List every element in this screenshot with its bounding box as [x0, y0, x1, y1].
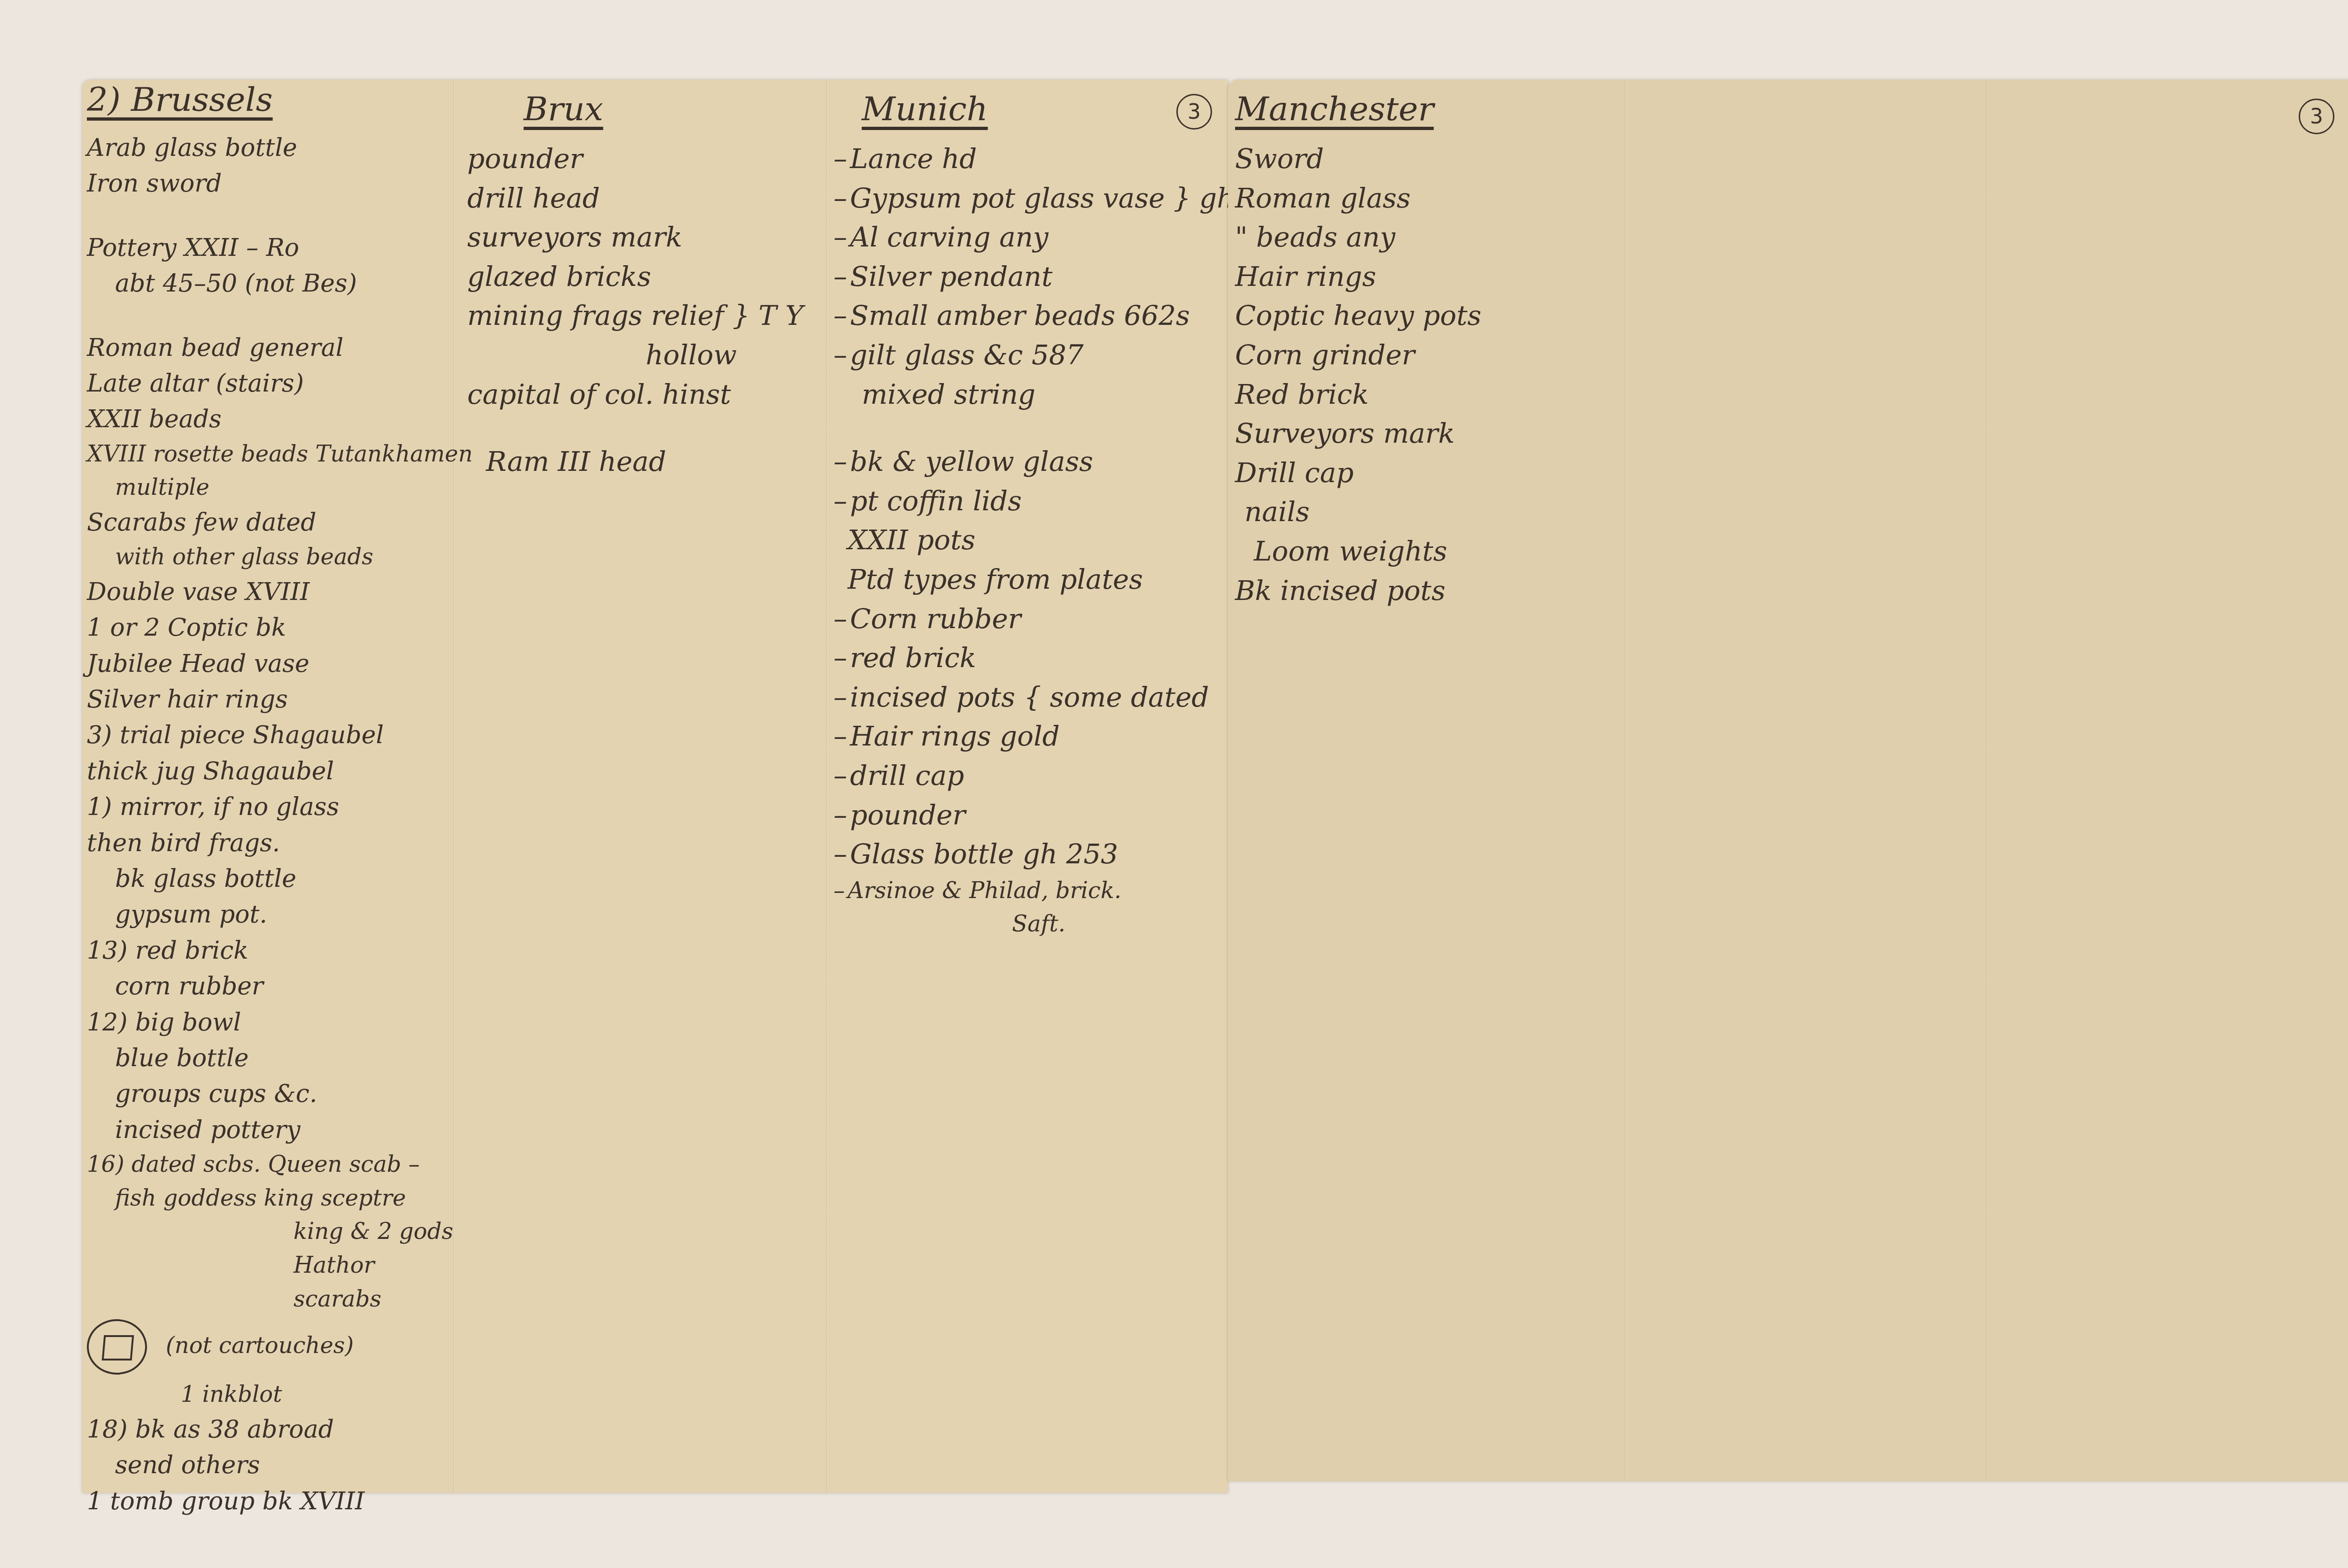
list-item: XXII beads	[87, 405, 473, 434]
fold-line	[1625, 80, 1626, 1481]
column-brux: Brux pounder drill head surveyors mark g…	[467, 89, 803, 485]
list-item: 12) big bowl	[87, 1008, 473, 1037]
list-item: mining frags relief } T Y	[467, 300, 803, 332]
list-item: nails	[1235, 496, 1482, 529]
page-number-badge: 3	[2299, 99, 2334, 134]
right-sheet: 3 Manchester Sword Roman glass " beads a…	[1228, 80, 2348, 1481]
list-item: pt coffin lids	[834, 485, 1295, 518]
list-item: send others	[87, 1451, 473, 1480]
list-item: mixed string	[834, 378, 1295, 411]
list-item: Small amber beads 662s	[834, 300, 1295, 332]
fold-line	[1986, 80, 1988, 1481]
list-item: Hair rings gold	[834, 720, 1295, 753]
list-item: Silver pendant	[834, 261, 1295, 293]
list-item: Gypsum pot glass vase } gh 350	[834, 182, 1295, 215]
list-item: multiple	[87, 474, 473, 501]
list-item: bk glass bottle	[87, 864, 473, 893]
list-item: abt 45–50 (not Bes)	[87, 269, 473, 298]
list-item: capital of col. hinst	[467, 378, 803, 411]
list-item: Roman bead general	[87, 333, 473, 362]
list-item: 16) dated scbs. Queen scab –	[87, 1151, 473, 1178]
list-item: drill cap	[834, 760, 1295, 792]
left-sheet: 3 2) Brussels Arab glass bottle Iron swo…	[82, 80, 1228, 1493]
list-item: Sword	[1235, 143, 1482, 176]
list-item: Red brick	[1235, 378, 1482, 411]
list-item: Silver hair rings	[87, 685, 473, 714]
list-item: incised pottery	[87, 1115, 473, 1145]
list-item: Hathor	[87, 1252, 473, 1279]
list-item: king & 2 gods	[87, 1218, 473, 1245]
list-item: Ram III head	[467, 446, 803, 478]
list-item: gypsum pot.	[87, 900, 473, 929]
list-item: Coptic heavy pots	[1235, 300, 1482, 332]
list-item: Pottery XXII – Ro	[87, 233, 473, 262]
list-item: incised pots { some dated	[834, 681, 1295, 714]
list-item: Loom weights	[1235, 535, 1482, 568]
list-item: Saft.	[834, 911, 1295, 938]
column-heading: 2) Brussels	[87, 80, 473, 119]
list-item: pounder	[467, 143, 803, 176]
list-item: XXII pots	[834, 524, 1295, 557]
list-item: 3) trial piece Shagaubel	[87, 721, 473, 750]
list-item: (not cartouches)	[87, 1319, 473, 1375]
list-item: scarabs	[87, 1286, 473, 1313]
list-item: surveyors mark	[467, 221, 803, 254]
list-item: with other glass beads	[87, 544, 473, 571]
note-text: (not cartouches)	[166, 1332, 354, 1359]
column-brussels: 2) Brussels Arab glass bottle Iron sword…	[87, 80, 473, 1522]
list-item: 1) mirror, if no glass	[87, 792, 473, 822]
list-item: 1 or 2 Coptic bk	[87, 613, 473, 642]
list-item: glazed bricks	[467, 261, 803, 293]
column-manchester: Manchester Sword Roman glass " beads any…	[1235, 89, 1482, 614]
list-item: then bird frags.	[87, 829, 473, 858]
column-heading: Manchester	[1235, 89, 1482, 129]
column-heading: Munich	[834, 89, 1295, 129]
list-item: fish goddess king sceptre	[87, 1185, 473, 1212]
list-item: Glass bottle gh 253	[834, 838, 1295, 871]
list-item: Corn grinder	[1235, 339, 1482, 372]
column-heading: Brux	[467, 89, 803, 129]
list-item: Jubilee Head vase	[87, 649, 473, 678]
list-item: Double vase XVIII	[87, 577, 473, 607]
scarab-sketch-icon	[87, 1319, 147, 1375]
list-item: hollow	[467, 339, 803, 372]
column-munich: Munich Lance hd Gypsum pot glass vase } …	[834, 89, 1295, 945]
list-item: 13) red brick	[87, 936, 473, 965]
list-item: corn rubber	[87, 972, 473, 1001]
list-item: blue bottle	[87, 1044, 473, 1073]
list-item: " beads any	[1235, 221, 1482, 254]
list-item: groups cups &c.	[87, 1079, 473, 1108]
fold-line	[826, 80, 828, 1493]
list-item: Lance hd	[834, 143, 1295, 176]
list-item: Scarabs few dated	[87, 508, 473, 537]
list-item: Corn rubber	[834, 603, 1295, 636]
list-item: Ptd types from plates	[834, 563, 1295, 596]
list-item: 1 inkblot	[87, 1381, 473, 1408]
list-item: Arsinoe & Philad, brick.	[834, 877, 1295, 905]
list-item: 1 tomb group bk XVIII	[87, 1487, 473, 1516]
list-item: Bk incised pots	[1235, 575, 1482, 607]
list-item: drill head	[467, 182, 803, 215]
page-number-text: 3	[2310, 105, 2323, 129]
list-item: thick jug Shagaubel	[87, 757, 473, 786]
list-item: Hair rings	[1235, 261, 1482, 293]
list-item: Iron sword	[87, 169, 473, 198]
list-item: gilt glass &c 587	[834, 339, 1295, 372]
list-item: red brick	[834, 642, 1295, 675]
list-item: Late altar (stairs)	[87, 369, 473, 398]
list-item: Surveyors mark	[1235, 417, 1482, 450]
list-item: XVIII rosette beads Tutankhamen	[87, 441, 473, 468]
list-item: Al carving any	[834, 221, 1295, 254]
list-item: Roman glass	[1235, 182, 1482, 215]
list-item: Drill cap	[1235, 457, 1482, 490]
list-item: pounder	[834, 799, 1295, 832]
list-item: bk & yellow glass	[834, 446, 1295, 478]
list-item: Arab glass bottle	[87, 133, 473, 162]
list-item: 18) bk as 38 abroad	[87, 1415, 473, 1444]
